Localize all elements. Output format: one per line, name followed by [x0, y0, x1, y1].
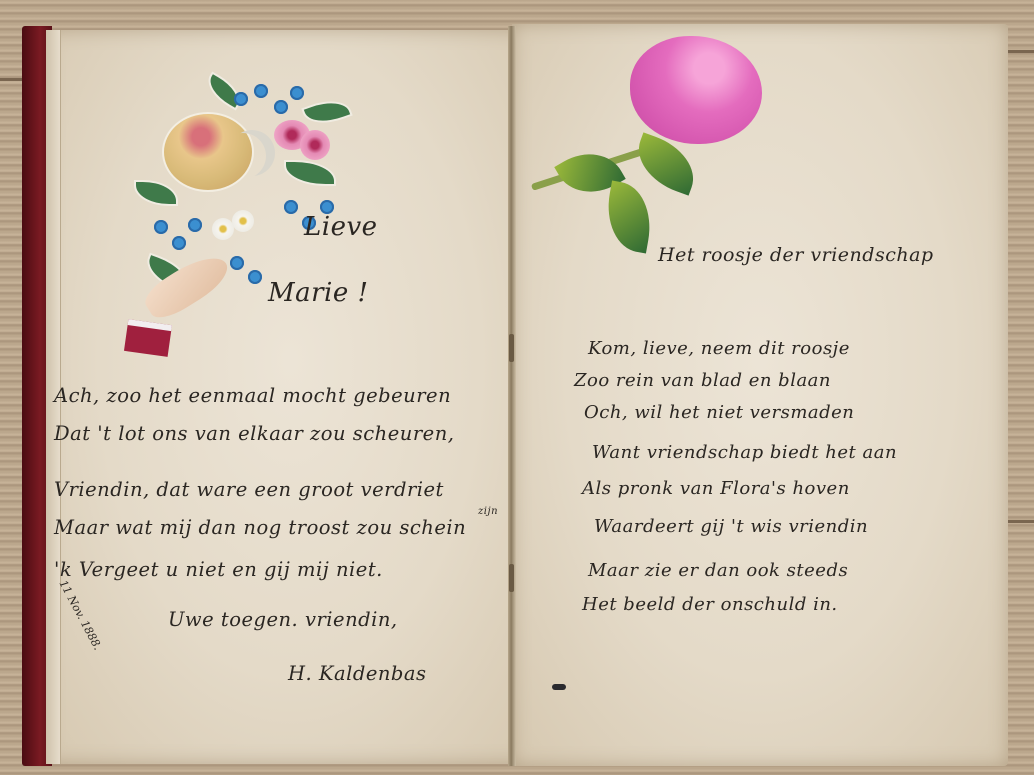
verse-line: Kom, lieve, neem dit roosje — [588, 340, 850, 358]
closing-line: Uwe toegen. vriendin, — [168, 610, 398, 630]
verse-line: Ach, zoo het eenmaal mocht gebeuren — [54, 386, 451, 406]
crescent-moon-icon — [229, 130, 275, 176]
forget-me-not-icon — [274, 100, 288, 114]
verse-line: Maar zie er dan ook steeds — [588, 562, 848, 580]
binding-stitch — [509, 564, 514, 592]
verse-line: Zoo rein van blad en blaan — [574, 372, 831, 390]
forget-me-not-icon — [284, 200, 298, 214]
leaf-icon — [284, 160, 336, 186]
verse-line: Maar wat mij dan nog troost zou schein — [54, 518, 466, 538]
forget-me-not-icon — [154, 220, 168, 234]
leaf-icon — [601, 181, 658, 254]
signature: H. Kaldenbas — [288, 664, 427, 684]
leaf-icon — [134, 180, 178, 206]
forget-me-not-icon — [172, 236, 186, 250]
verse-line: Waardeert gij 't wis vriendin — [594, 518, 868, 536]
forget-me-not-icon — [290, 86, 304, 100]
forget-me-not-icon — [230, 256, 244, 270]
verse-line: Dat 't lot ons van elkaar zou scheuren, — [54, 424, 454, 444]
forget-me-not-icon — [248, 270, 262, 284]
white-flower-icon — [232, 210, 254, 232]
poem-title: Het roosje der vriendschap — [658, 244, 934, 266]
sleeve-cuff-icon — [124, 319, 172, 357]
forget-me-not-icon — [234, 92, 248, 106]
left-page: Lieve Marie ! Ach, zoo het eenmaal mocht… — [46, 30, 534, 764]
ink-blot — [552, 684, 566, 690]
book-gutter — [508, 26, 516, 766]
leaf-icon — [301, 93, 352, 131]
bouquet-scrap-image — [114, 60, 364, 360]
forget-me-not-icon — [188, 218, 202, 232]
silk-rose-scrap-image — [522, 30, 772, 270]
verse-line: Want vriendschap biedt het aan — [592, 444, 897, 462]
greeting-line1: Lieve — [304, 212, 378, 242]
forget-me-not-icon — [254, 84, 268, 98]
verse-line: 'k Vergeet u niet en gij mij niet. — [54, 560, 383, 580]
white-flower-icon — [212, 218, 234, 240]
binding-stitch — [509, 334, 514, 362]
verse-line: Vriendin, dat ware een groot verdriet — [54, 480, 444, 500]
verse-line: Als pronk van Flora's hoven — [582, 480, 850, 498]
greeting-line2: Marie ! — [268, 278, 368, 308]
pink-rose-icon — [630, 36, 762, 144]
verse-line: Och, wil het niet versmaden — [584, 404, 854, 422]
friendship-album: Lieve Marie ! Ach, zoo het eenmaal mocht… — [22, 24, 1022, 769]
date-note: 11 Nov. 1888. — [57, 578, 105, 652]
right-page: Het roosje der vriendschap Kom, lieve, n… — [512, 24, 1008, 766]
correction-note: zijn — [478, 506, 498, 517]
verse-line: Het beeld der onschuld in. — [582, 596, 838, 614]
pink-blossom-icon — [300, 130, 330, 160]
